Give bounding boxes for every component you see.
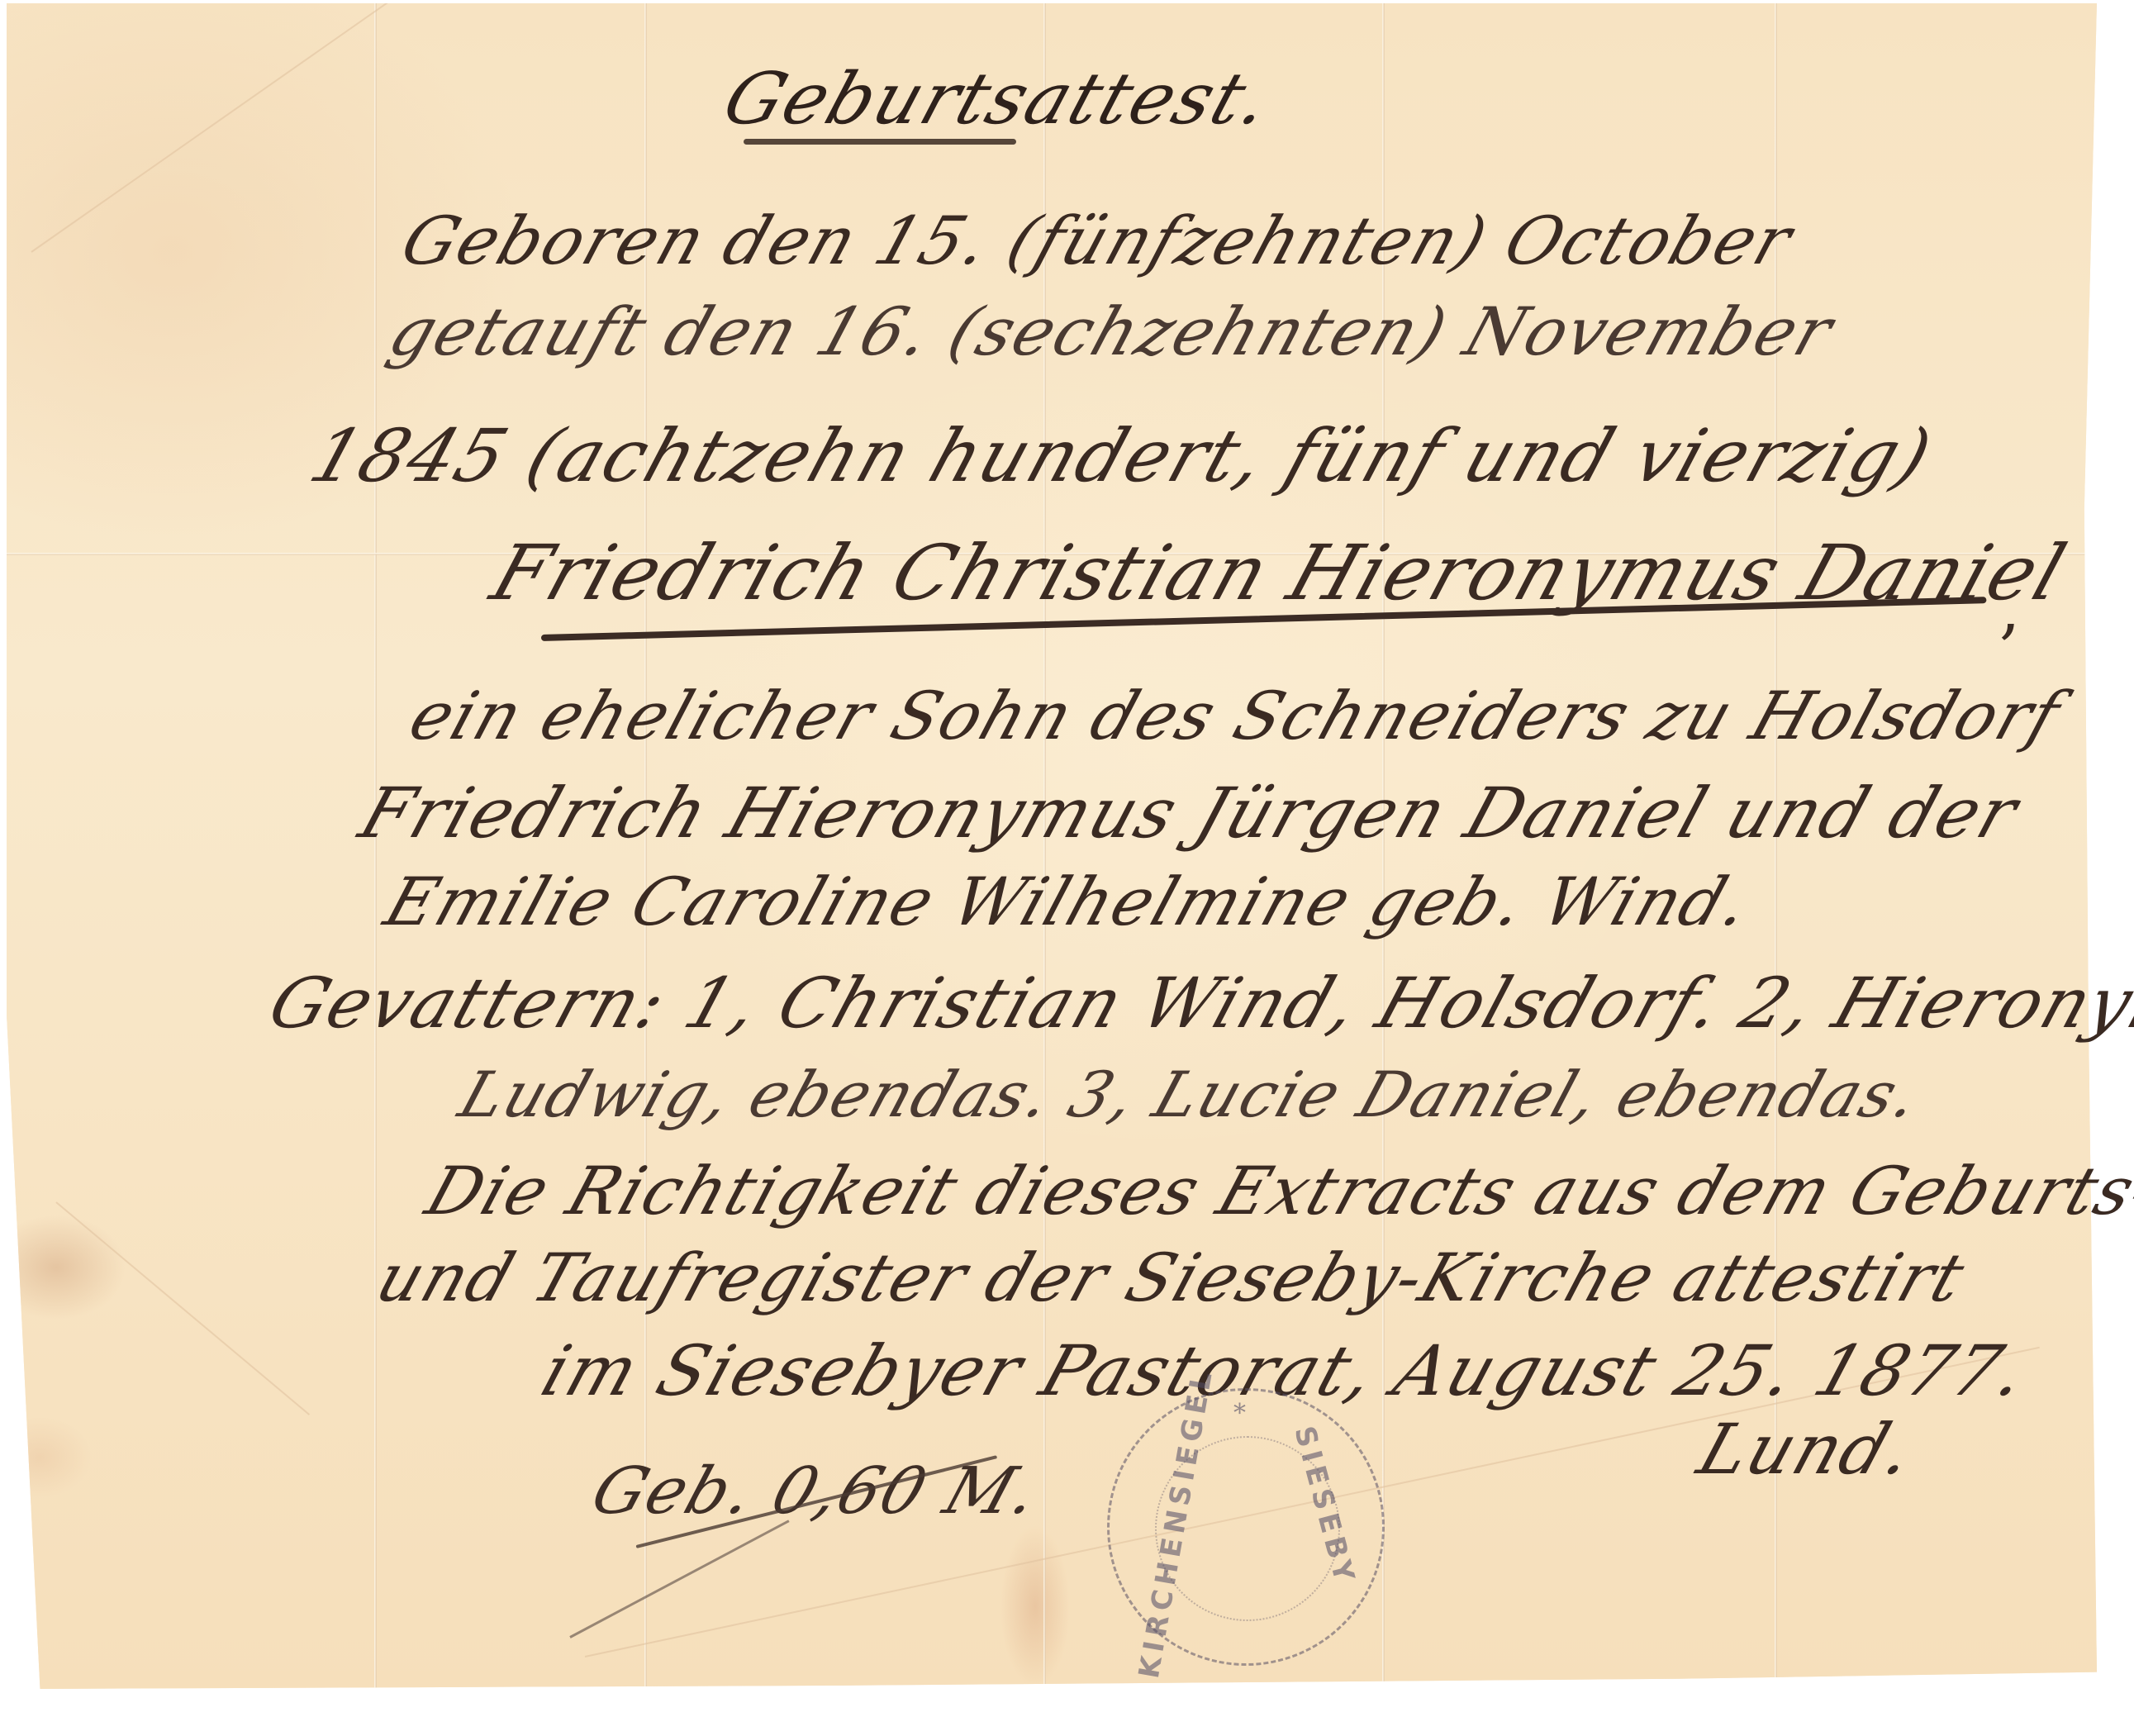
fee-note: Geb. 0,60 M. — [582, 1454, 1048, 1529]
pastor-signature: Lund. — [1689, 1409, 1925, 1490]
text-line-son-of: ein ehelicher Sohn des Schneiders zu Hol… — [401, 678, 2070, 754]
text-line-godparents-cont: Ludwig, ebendas. 3, Lucie Daniel, ebenda… — [451, 1058, 1930, 1131]
child-name-comma: , — [1999, 570, 2020, 647]
stamp-star-icon: * — [1233, 1399, 1246, 1428]
text-line-baptized: getauft den 16. (sechzehnten) November — [380, 293, 1843, 370]
text-line-mother: Emilie Caroline Wilhelmine geb. Wind. — [376, 863, 1761, 940]
text-line-father: Friedrich Hieronymus Jürgen Daniel und d… — [350, 773, 2028, 854]
paper-crease — [55, 1201, 310, 1415]
title-underline — [744, 139, 1016, 145]
text-line-born: Geboren den 15. (fünfzehnten) October — [392, 202, 1803, 279]
church-seal-stamp: * SIESEBY KIRCHENSIEGEL — [1107, 1388, 1385, 1666]
text-line-year: 1845 (achtzehn hundert, fünf und vierzig… — [300, 413, 1942, 498]
text-line-godparents: Gevattern: 1, Christian Wind, Holsdorf. … — [259, 963, 2134, 1044]
document-title: Geburtsattest. — [714, 58, 1282, 140]
text-line-attestation: Die Richtigkeit dieses Extracts aus dem … — [417, 1153, 2134, 1229]
text-line-register: und Taufregister der Sieseby-Kirche atte… — [368, 1239, 1975, 1316]
